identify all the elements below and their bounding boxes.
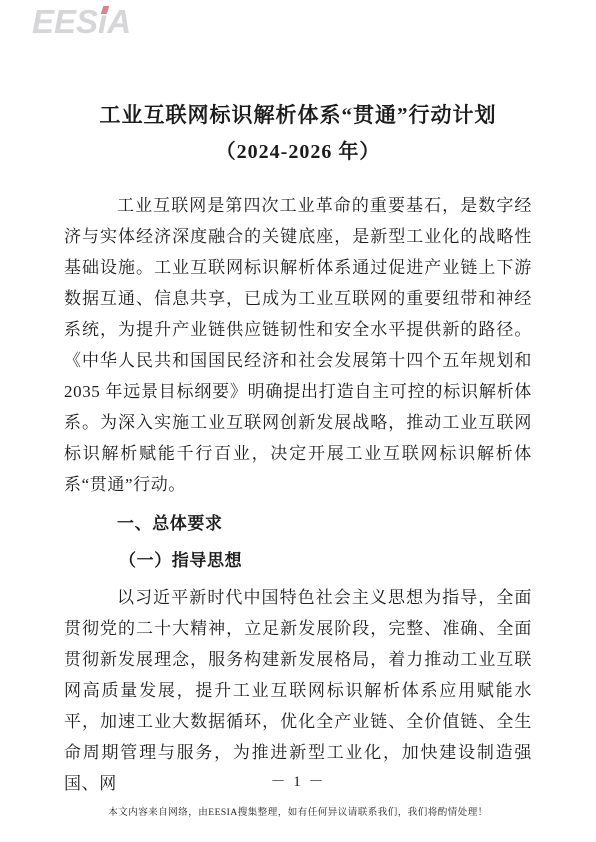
document-title: 工业互联网标识解析体系“贯通”行动计划 (0, 99, 596, 129)
logo-text-suffix: A (107, 3, 131, 40)
logo-letter-i-with-accent: i (98, 2, 107, 42)
subsection-heading-guiding-ideology: （一）指导思想 (64, 545, 532, 576)
section-heading-overall-requirements: 一、总体要求 (64, 508, 532, 539)
eesia-logo: EESiA (32, 2, 131, 42)
logo-text-prefix: EES (32, 3, 98, 40)
guiding-ideology-paragraph: 以习近平新时代中国特色社会主义思想为指导，全面贯彻党的二十大精神，立足新发展阶段… (64, 582, 532, 799)
document-subtitle-years: （2024-2026 年） (0, 135, 596, 164)
page-number: － 1 － (0, 770, 596, 791)
document-body: 工业互联网是第四次工业革命的重要基石，是数字经济与实体经济深度融合的关键底座，是… (64, 190, 532, 799)
intro-paragraph: 工业互联网是第四次工业革命的重要基石，是数字经济与实体经济深度融合的关键底座，是… (64, 190, 532, 500)
footer-disclaimer: 本文内容来自网络，由EESIA搜集整理，如有任何异议请联系我们，我们将酌情处理！ (0, 804, 596, 818)
document-page: EESiA 工业互联网标识解析体系“贯通”行动计划 （2024-2026 年） … (0, 0, 596, 842)
